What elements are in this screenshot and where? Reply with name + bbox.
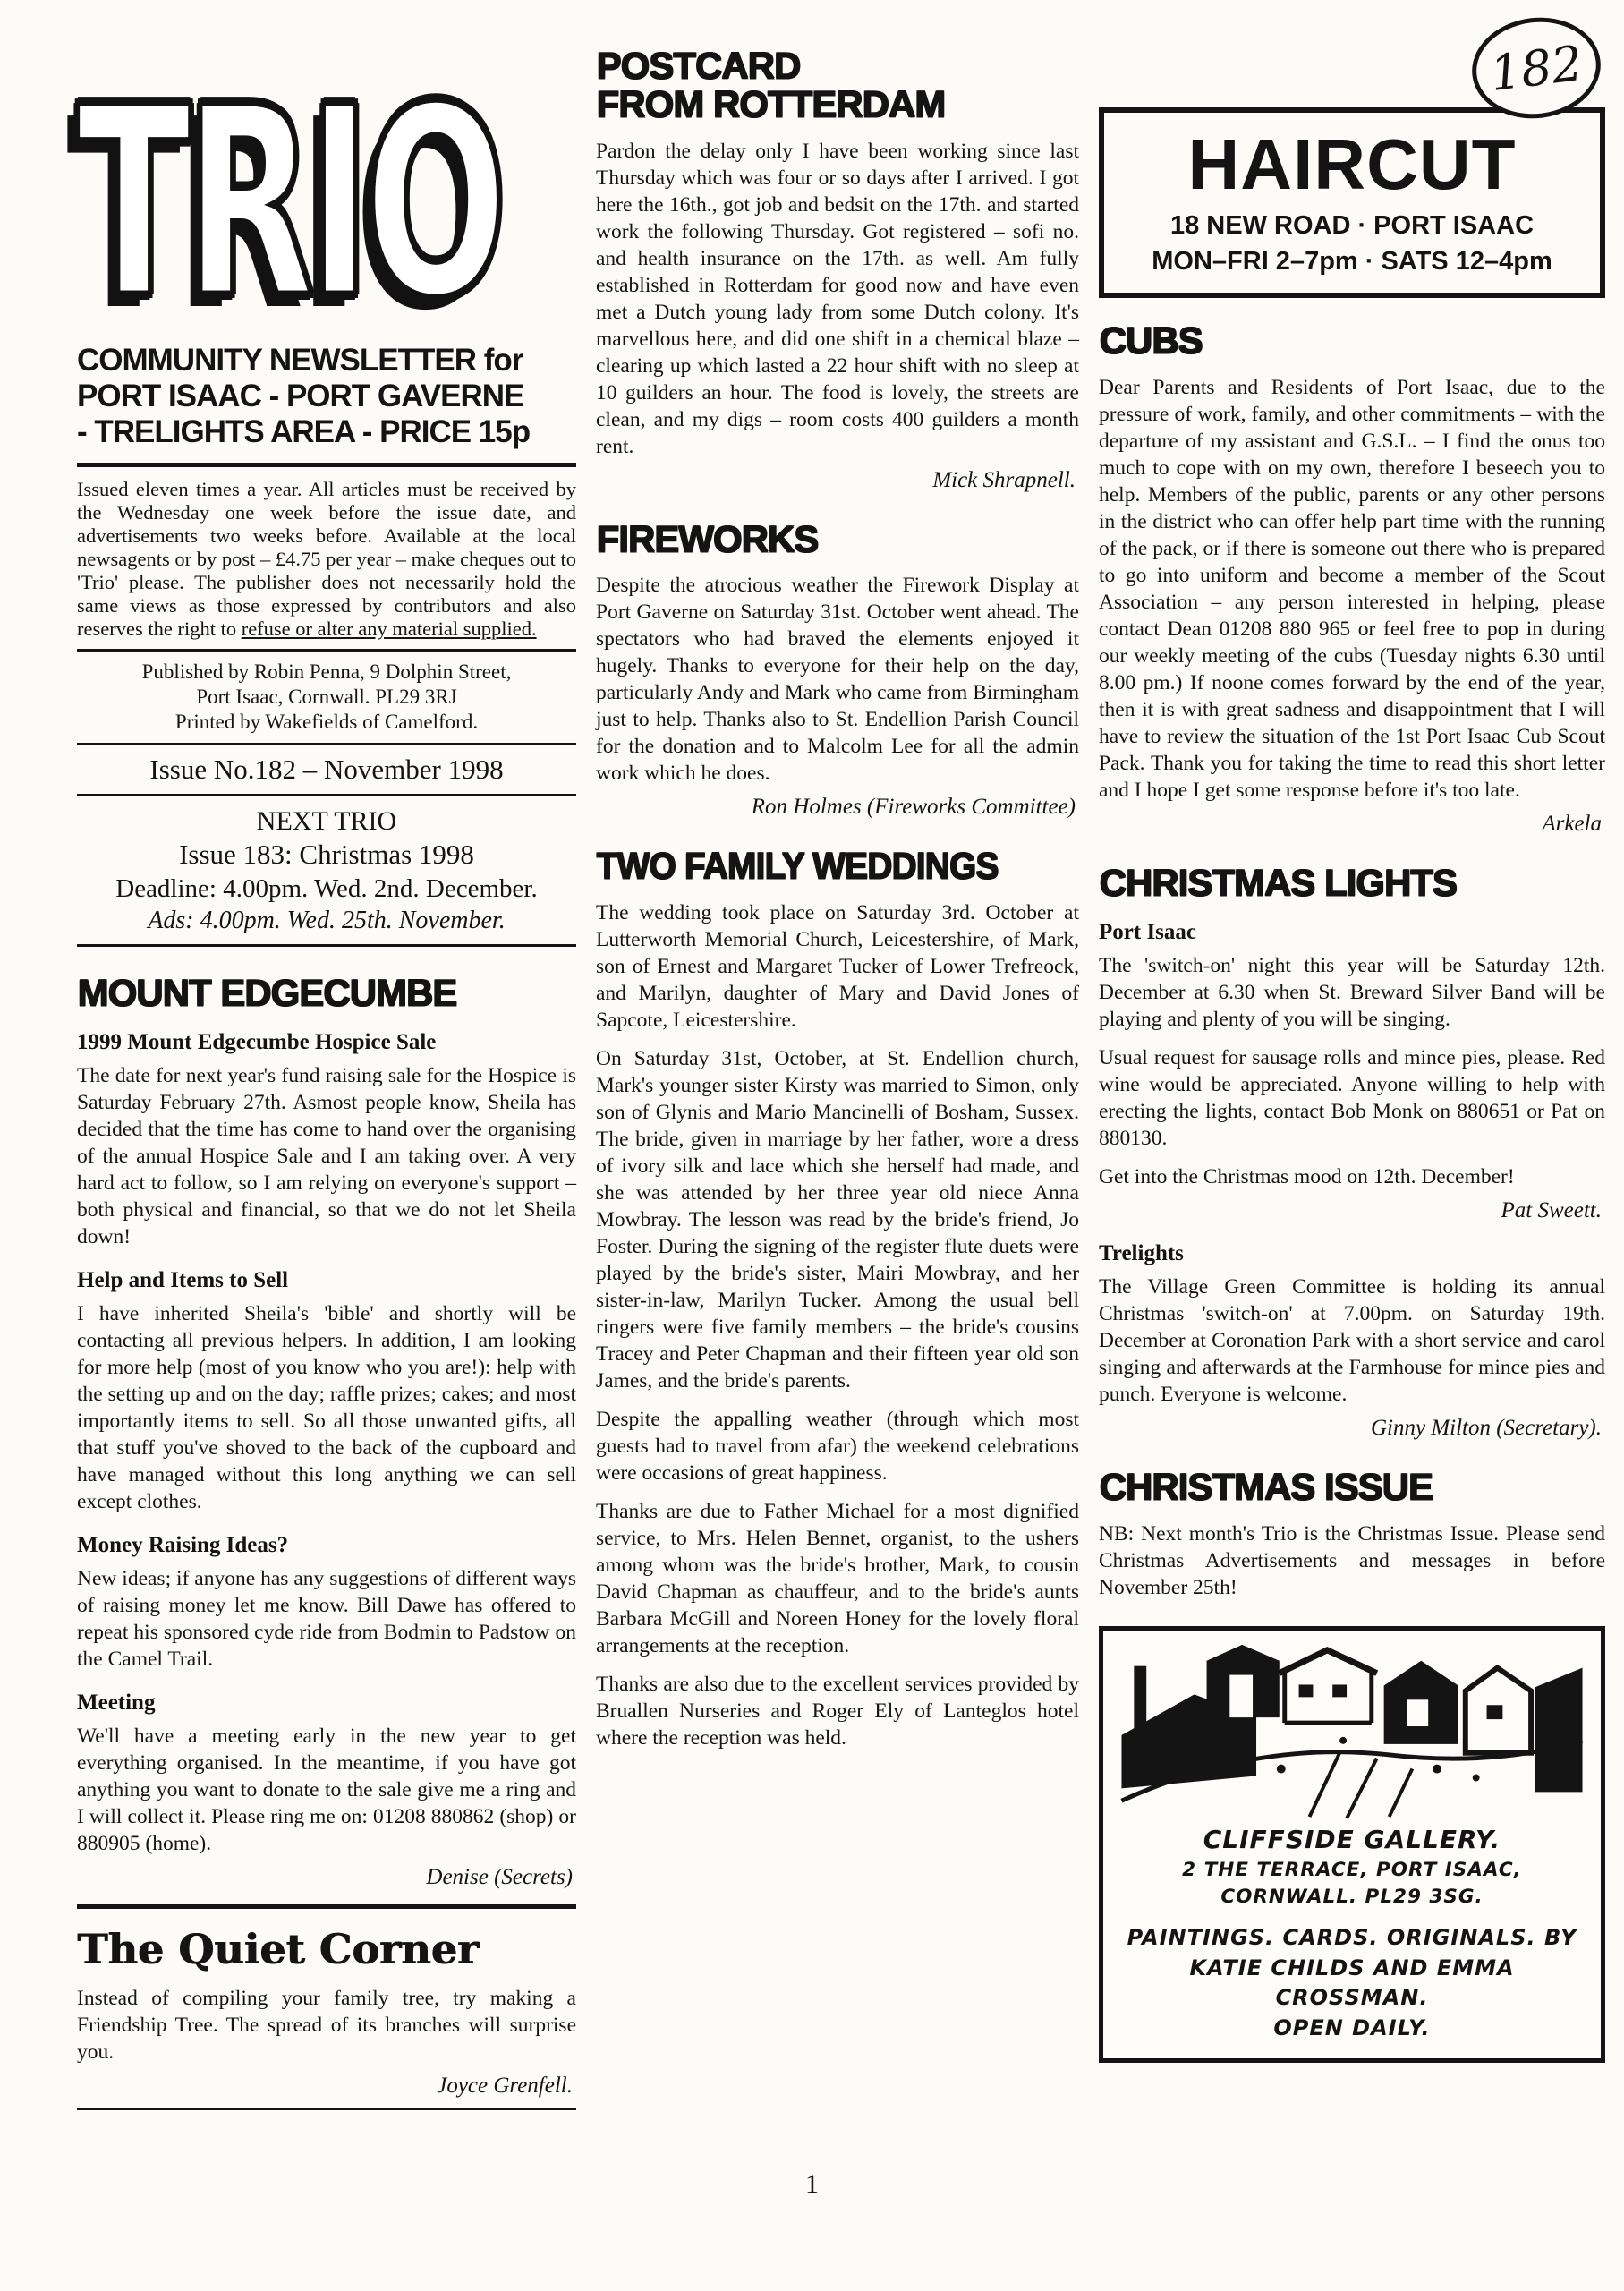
masthead-policy-paragraph: Issued eleven times a year. All articles… [77,478,576,641]
newsletter-page: 182 TRIO COMMUNITY NEWSLETTER for PORT I… [0,0,1624,2291]
weddings-heading: TWO FAMILY WEDDINGS [596,847,1045,885]
postcard-paragraph: Pardon the delay only I have been workin… [596,138,1079,460]
postcard-heading: POSTCARD FROM ROTTERDAM [596,47,1079,123]
middle-column: POSTCARD FROM ROTTERDAM Pardon the delay… [596,36,1079,2118]
quiet-corner-heading: The Quiet Corner [77,1929,576,1971]
next-trio-block: NEXT TRIO Issue 183: Christmas 1998 Dead… [77,805,576,937]
hospice-sale-subheading: 1999 Mount Edgecumbe Hospice Sale [77,1030,576,1055]
haircut-advert-address: 18 NEW ROAD · PORT ISAAC [1111,209,1593,243]
next-trio-ads-deadline: Ads: 4.00pm. Wed. 25th. November. [77,905,576,936]
three-column-layout: TRIO COMMUNITY NEWSLETTER for PORT ISAAC… [77,36,1608,2118]
masthead-subtitle-line-2: PORT ISAAC - PORT GAVERNE [77,379,576,414]
denise-signature: Denise (Secrets) [77,1865,573,1890]
christmas-lights-paragraph-1: The 'switch-on' night this year will be … [1099,952,1605,1033]
postcard-heading-line-2: FROM ROTTERDAM [596,85,1079,123]
fireworks-heading: FIREWORKS [596,520,1079,558]
publisher-line-1: Published by Robin Penna, 9 Dolphin Stre… [77,660,576,685]
divider-rule [77,2108,576,2110]
christmas-lights-paragraph-3: Get into the Christmas mood on 12th. Dec… [1099,1163,1605,1190]
mick-shrapnell-signature: Mick Shrapnell. [596,468,1076,493]
gallery-name-line: CLIFFSIDE GALLERY. [1114,1822,1590,1857]
arkela-signature: Arkela [1099,812,1602,837]
help-items-paragraph: I have inherited Sheila's 'bible' and sh… [77,1300,576,1515]
publisher-block: Published by Robin Penna, 9 Dolphin Stre… [77,660,576,735]
trelights-paragraph: The Village Green Committee is holding i… [1099,1273,1605,1408]
meeting-subheading: Meeting [77,1691,576,1716]
gallery-address-line: 2 THE TERRACE, PORT ISAAC, CORNWALL. PL2… [1114,1857,1590,1911]
divider-rule [77,944,576,947]
weddings-paragraph-3: Despite the appalling weather (through w… [596,1406,1079,1486]
christmas-lights-paragraph-2: Usual request for sausage rolls and minc… [1099,1044,1605,1152]
divider-rule [77,649,576,652]
weddings-paragraph-4: Thanks are due to Father Michael for a m… [596,1498,1079,1659]
next-trio-issue: Issue 183: Christmas 1998 [77,838,576,873]
postcard-heading-line-1: POSTCARD [596,47,1079,85]
port-isaac-subheading: Port Isaac [1099,920,1605,945]
money-raising-paragraph: New ideas; if anyone has any suggestions… [77,1565,576,1673]
joyce-grenfell-signature: Joyce Grenfell. [77,2074,573,2099]
weddings-paragraph-2: On Saturday 31st, October, at St. Endell… [596,1045,1079,1394]
page-footer-number: 1 [0,2169,1624,2200]
meeting-paragraph: We'll have a meeting early in the new ye… [77,1723,576,1857]
village-sketch-illustration [1114,1636,1590,1822]
weddings-paragraph-5: Thanks are also due to the excellent ser… [596,1671,1079,1751]
cliffside-gallery-advert: CLIFFSIDE GALLERY. 2 THE TERRACE, PORT I… [1099,1626,1605,2063]
christmas-issue-heading: CHRISTMAS ISSUE [1099,1468,1605,1506]
gallery-open-line: OPEN DAILY. [1114,2014,1590,2044]
haircut-advert-title: HAIRCUT [1111,131,1593,199]
gallery-artists-line: KATIE CHILDS AND EMMA CROSSMAN. [1114,1954,1590,2014]
ron-holmes-signature: Ron Holmes (Fireworks Committee) [596,795,1076,820]
cubs-paragraph: Dear Parents and Residents of Port Isaac… [1099,374,1605,804]
next-trio-deadline: Deadline: 4.00pm. Wed. 2nd. December. [77,873,576,905]
haircut-advert-hours: MON–FRI 2–7pm · SATS 12–4pm [1111,245,1593,279]
divider-rule [77,1904,576,1909]
gallery-products-line: PAINTINGS. CARDS. ORIGINALS. BY [1114,1923,1590,1954]
help-items-subheading: Help and Items to Sell [77,1268,576,1293]
masthead-subtitle: COMMUNITY NEWSLETTER for PORT ISAAC - PO… [77,343,576,467]
haircut-advert: HAIRCUT 18 NEW ROAD · PORT ISAAC MON–FRI… [1099,107,1605,298]
trelights-subheading: Trelights [1099,1241,1605,1266]
fireworks-paragraph: Despite the atrocious weather the Firewo… [596,572,1079,787]
trio-logo: TRIO [77,77,501,330]
left-column: TRIO COMMUNITY NEWSLETTER for PORT ISAAC… [77,36,576,2118]
right-column: HAIRCUT 18 NEW ROAD · PORT ISAAC MON–FRI… [1099,36,1605,2118]
printer-line: Printed by Wakefields of Camelford. [77,710,576,735]
hospice-sale-paragraph: The date for next year's fund raising sa… [77,1062,576,1250]
issue-number-line: Issue No.182 – November 1998 [77,754,576,786]
policy-underlined-text: refuse or alter any material supplied. [242,617,537,640]
quiet-corner-paragraph: Instead of compiling your family tree, t… [77,1985,576,2065]
masthead-subtitle-line-3: - TRELIGHTS AREA - PRICE 15p [77,414,576,450]
weddings-paragraph-1: The wedding took place on Saturday 3rd. … [596,899,1079,1034]
handwritten-page-number: 182 [1487,34,1586,101]
next-trio-title: NEXT TRIO [77,805,576,839]
christmas-issue-paragraph: NB: Next month's Trio is the Christmas I… [1099,1520,1605,1601]
policy-text: Issued eleven times a year. All articles… [77,478,576,640]
divider-rule [77,743,576,745]
publisher-line-2: Port Isaac, Cornwall. PL29 3RJ [77,685,576,710]
pat-sweett-signature: Pat Sweett. [1099,1198,1602,1223]
money-raising-subheading: Money Raising Ideas? [77,1533,576,1558]
christmas-lights-heading: CHRISTMAS LIGHTS [1099,864,1605,902]
ginny-milton-signature: Ginny Milton (Secretary). [1099,1416,1602,1441]
divider-rule [77,794,576,796]
mount-edgecumbe-heading: MOUNT EDGECUMBE [77,974,576,1012]
cubs-heading: CUBS [1099,321,1605,360]
